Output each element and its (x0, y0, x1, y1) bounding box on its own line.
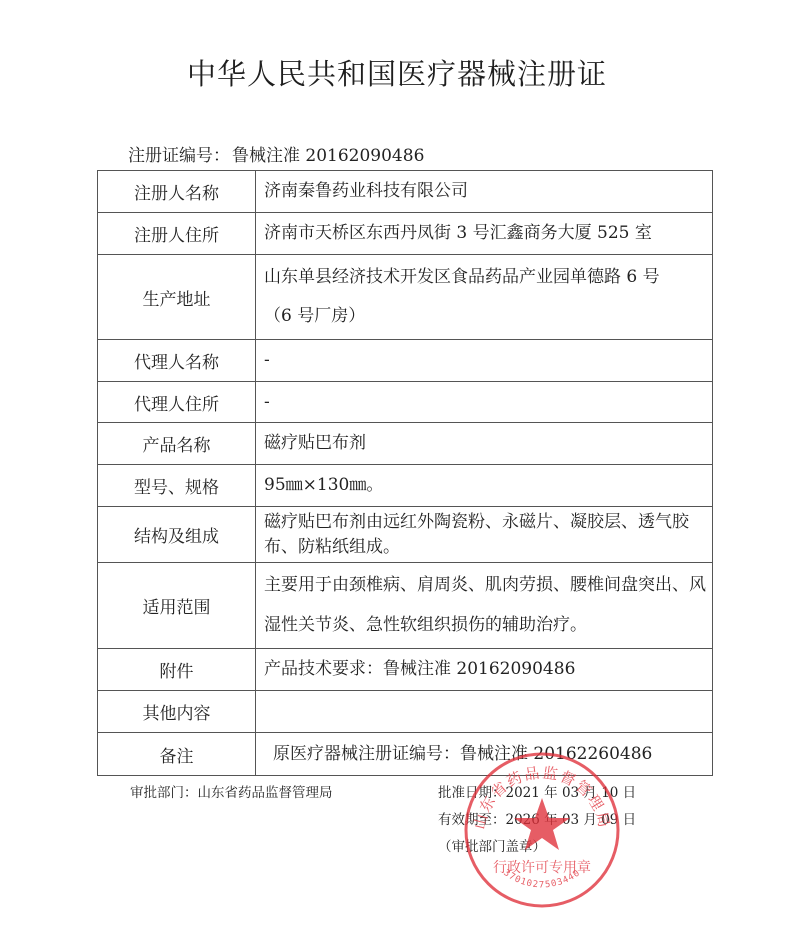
approval-department: 审批部门：山东省药品监督管理局 (130, 781, 333, 801)
row-value: 磁疗贴巴布剂由远红外陶瓷粉、永磁片、凝胶层、透气胶布、防粘纸组成。 (256, 507, 713, 563)
row-label: 其他内容 (98, 691, 256, 733)
table-row: 型号、规格 95㎜×130㎜。 (98, 465, 713, 507)
table-row: 代理人名称 - (98, 340, 713, 382)
row-label: 型号、规格 (98, 465, 256, 507)
row-value: 济南市天桥区东西丹凤街 3 号汇鑫商务大厦 525 室 (256, 213, 713, 255)
row-value: 山东单县经济技术开发区食品药品产业园单德路 6 号 （6 号厂房） (256, 255, 713, 340)
row-value: - (256, 340, 713, 382)
registration-number-label: 注册证编号： (128, 146, 230, 166)
row-value: 产品技术要求：鲁械注准 20162090486 (256, 649, 713, 691)
row-value: 原医疗器械注册证编号：鲁械注准 20162260486 (256, 733, 713, 776)
table-row: 结构及组成 磁疗贴巴布剂由远红外陶瓷粉、永磁片、凝胶层、透气胶布、防粘纸组成。 (98, 507, 713, 563)
stamp-code: 3701027503440 (501, 868, 582, 890)
table-row: 备注 原医疗器械注册证编号：鲁械注准 20162260486 (98, 733, 713, 776)
row-label: 生产地址 (98, 255, 256, 340)
registration-number-value: 鲁械注准 20162090486 (232, 146, 424, 166)
document-title: 中华人民共和国医疗器械注册证 (0, 52, 794, 93)
table-row: 产品名称 磁疗贴巴布剂 (98, 423, 713, 465)
row-value: 主要用于由颈椎病、肩周炎、肌肉劳损、腰椎间盘突出、风湿性关节炎、急性软组织损伤的… (256, 563, 713, 649)
table-row: 生产地址 山东单县经济技术开发区食品药品产业园单德路 6 号 （6 号厂房） (98, 255, 713, 340)
row-label: 代理人住所 (98, 382, 256, 423)
table-row: 适用范围 主要用于由颈椎病、肩周炎、肌肉劳损、腰椎间盘突出、风湿性关节炎、急性软… (98, 563, 713, 649)
row-label: 代理人名称 (98, 340, 256, 382)
stamp-center-text: 行政许可专用章 (493, 859, 591, 876)
table-row: 代理人住所 - (98, 382, 713, 423)
svg-text:3701027503440: 3701027503440 (501, 868, 582, 890)
row-value-line: （6 号厂房） (264, 297, 708, 336)
row-label: 产品名称 (98, 423, 256, 465)
row-label: 备注 (98, 733, 256, 776)
row-value: 95㎜×130㎜。 (256, 465, 713, 507)
table-row: 其他内容 (98, 691, 713, 733)
approval-date: 批准日期：2021 年 03 月 10 日 (438, 781, 636, 801)
row-value (256, 691, 713, 733)
row-label: 注册人住所 (98, 213, 256, 255)
registration-number: 注册证编号：鲁械注准 20162090486 (128, 141, 424, 166)
row-label: 适用范围 (98, 563, 256, 649)
valid-until: 有效期至：2026 年 03 月 09 日 (438, 808, 636, 828)
table-row: 注册人住所 济南市天桥区东西丹凤街 3 号汇鑫商务大厦 525 室 (98, 213, 713, 255)
row-value: - (256, 382, 713, 423)
certificate-table: 注册人名称 济南秦鲁药业科技有限公司 注册人住所 济南市天桥区东西丹凤街 3 号… (97, 170, 713, 776)
seal-note: （审批部门盖章） (438, 835, 546, 855)
row-value: 济南秦鲁药业科技有限公司 (256, 171, 713, 213)
row-value-line: 山东单县经济技术开发区食品药品产业园单德路 6 号 (264, 258, 708, 297)
table-row: 注册人名称 济南秦鲁药业科技有限公司 (98, 171, 713, 213)
row-value: 磁疗贴巴布剂 (256, 423, 713, 465)
table-row: 附件 产品技术要求：鲁械注准 20162090486 (98, 649, 713, 691)
row-label: 附件 (98, 649, 256, 691)
row-label: 注册人名称 (98, 171, 256, 213)
row-label: 结构及组成 (98, 507, 256, 563)
